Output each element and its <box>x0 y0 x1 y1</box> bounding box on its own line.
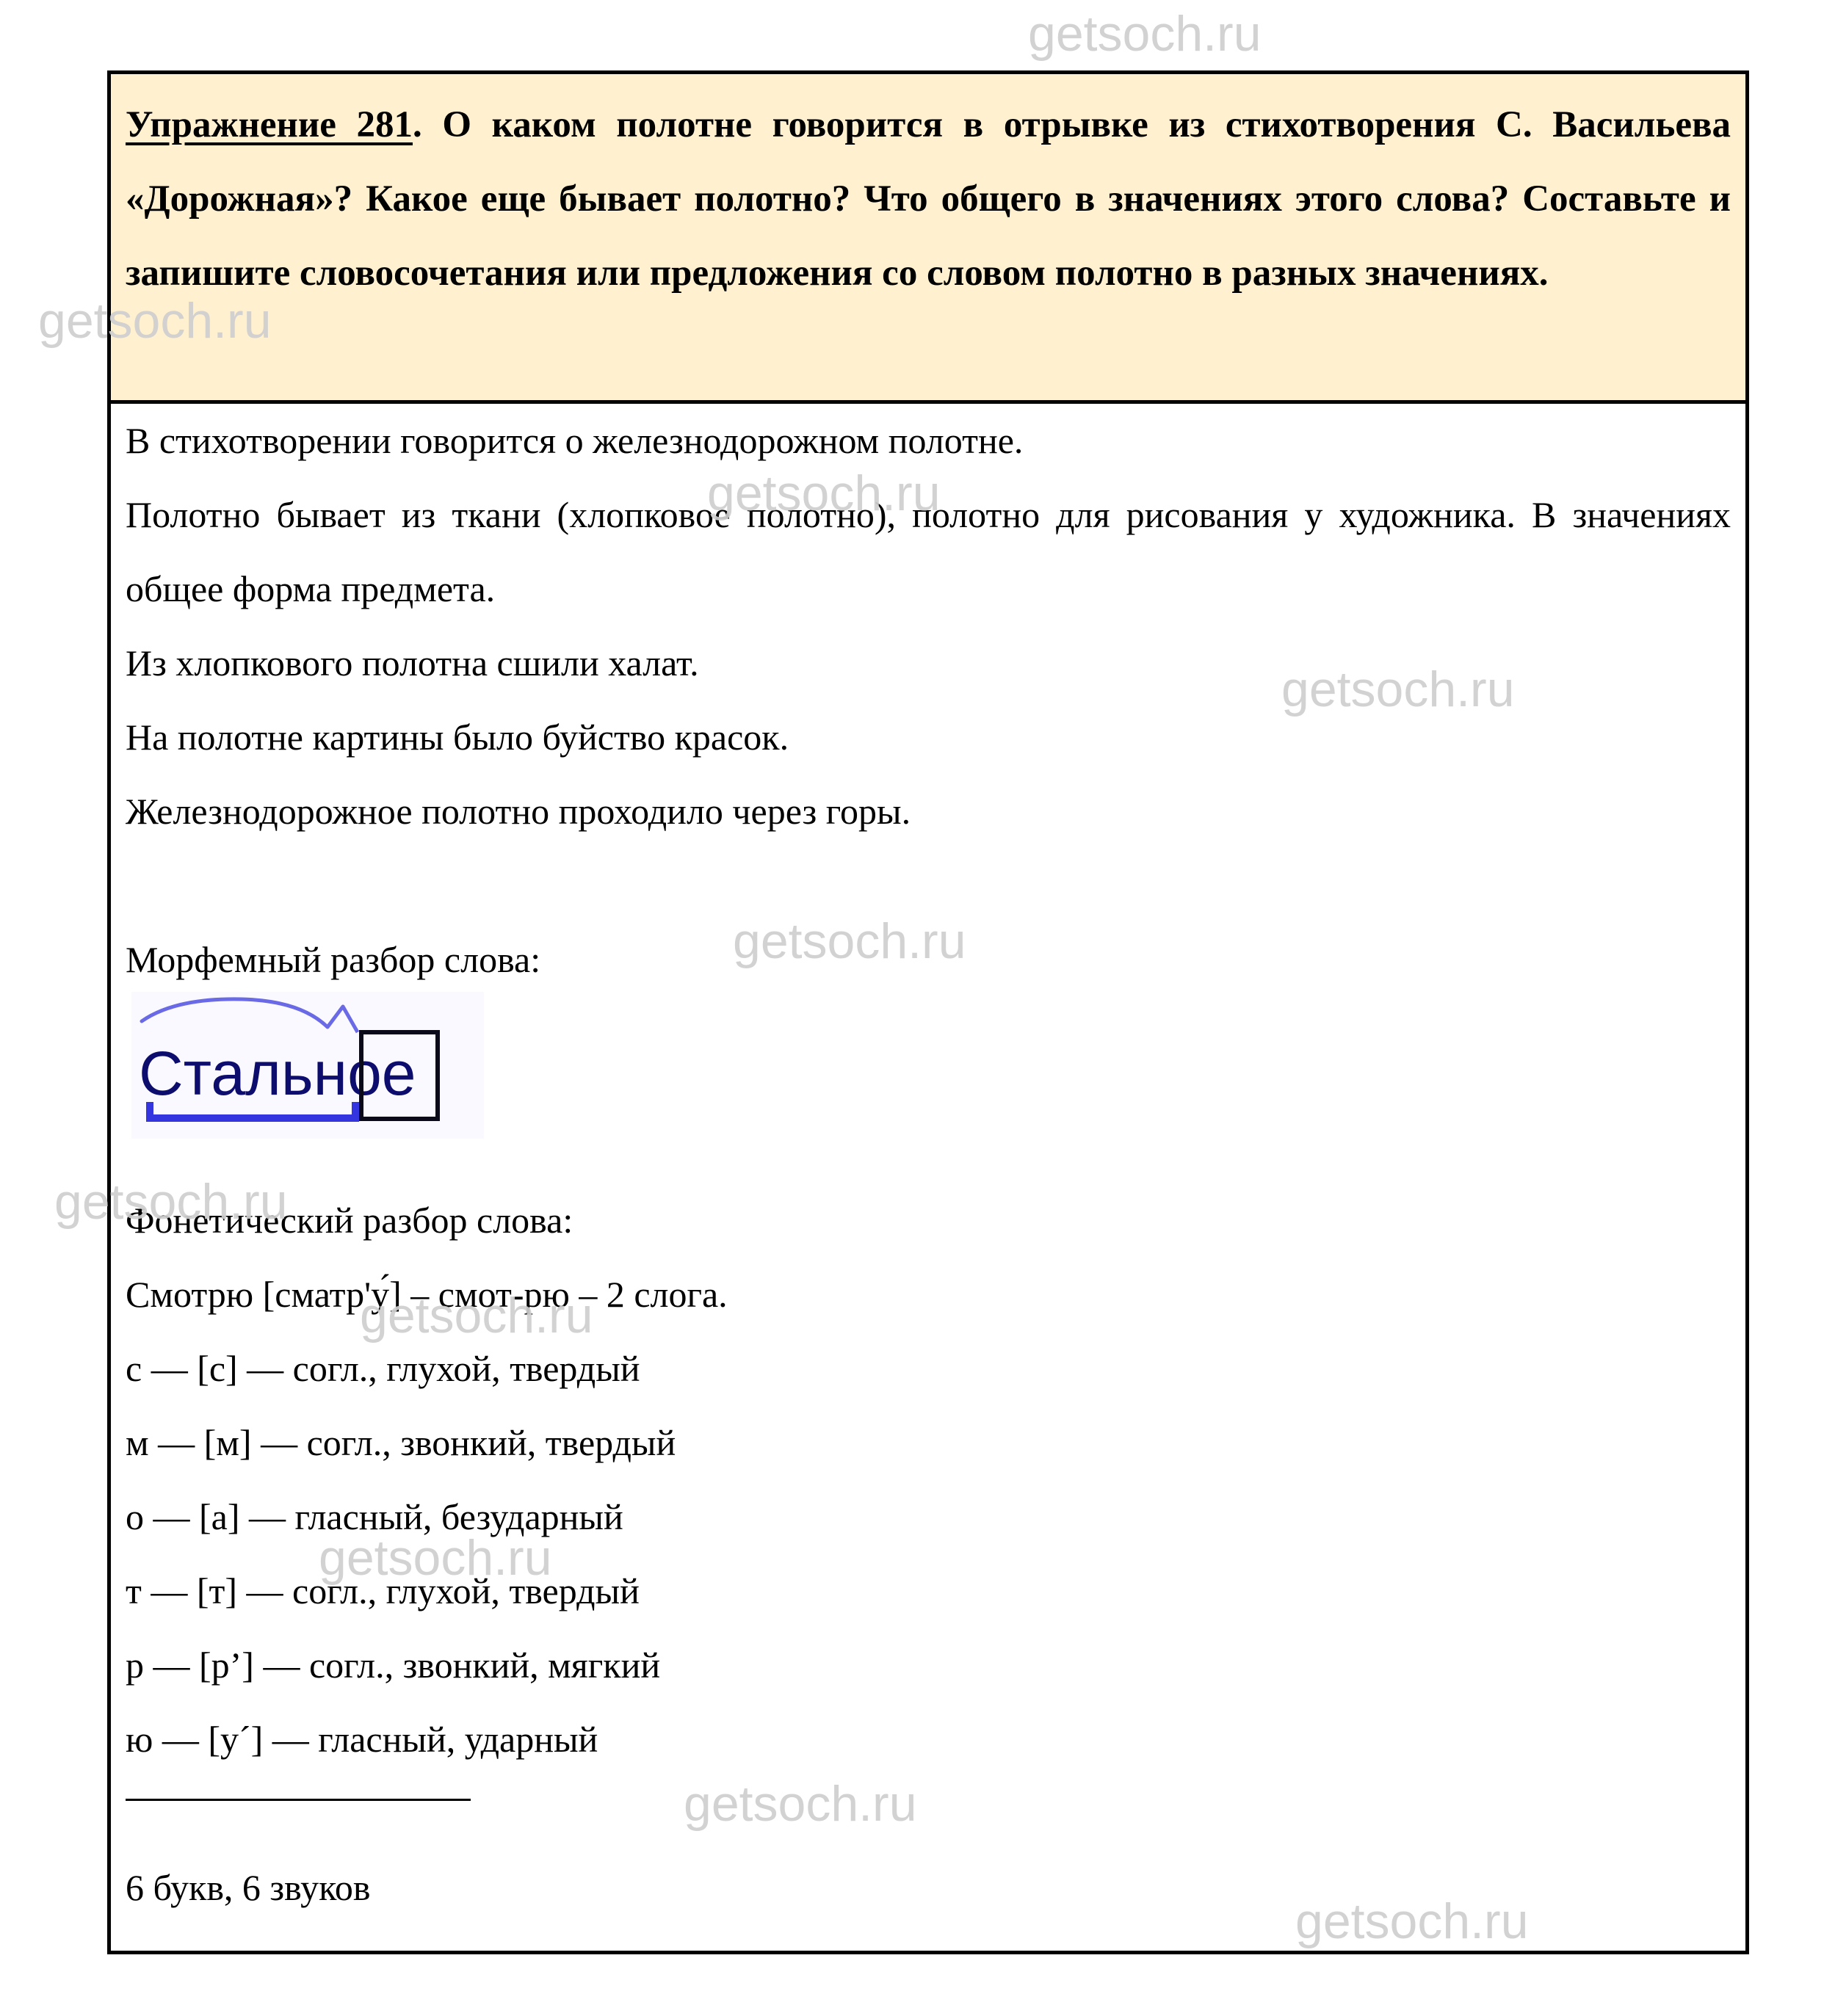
phonetic-label: Фонетический разбор слова: <box>126 1183 1731 1258</box>
phonetic-transcription: Смотрю [сматр'у́] – смот-рю – 2 слога. <box>126 1258 1731 1332</box>
phonetic-sound-row: м — [м] — согл., звонкий, твердый <box>126 1406 1731 1480</box>
phonetic-sound-row: о — [а] — гласный, безударный <box>126 1480 1731 1554</box>
root-arc-icon <box>142 999 327 1027</box>
letters-sounds-summary: 6 букв, 6 звуков <box>126 1851 1731 1925</box>
example-sentence: На полотне картины было буйство красок. <box>126 700 1731 775</box>
morpheme-diagram-wrap: Стальное <box>126 997 1731 1183</box>
divider-rule <box>126 1799 471 1801</box>
phonetic-sound-row: т — [т] — согл., глухой, твердый <box>126 1554 1731 1628</box>
answer-body: В стихотворении говорится о железнодорож… <box>126 404 1731 1925</box>
morpheme-label: Морфемный разбор слова: <box>126 923 1731 997</box>
morpheme-diagram: Стальное <box>131 992 484 1139</box>
exercise-header: Упражнение 281. О каком полотне говоритс… <box>111 74 1745 404</box>
exercise-card: Упражнение 281. О каком полотне говоритс… <box>107 70 1749 1954</box>
exercise-question: Упражнение 281. О каком полотне говоритс… <box>126 88 1731 311</box>
blank-line <box>126 849 1731 923</box>
phonetic-sound-row: ю — [у´] — гласный, ударный <box>126 1703 1731 1777</box>
example-sentence: Из хлопкового полотна сшили халат. <box>126 626 1731 700</box>
answer-paragraph: Полотно бывает из ткани (хлопковое полот… <box>126 478 1731 626</box>
suffix-caret-icon <box>327 1007 358 1032</box>
watermark: getsoch.ru <box>1028 9 1262 59</box>
exercise-title: Упражнение 281 <box>126 104 413 145</box>
phonetic-sound-row: с — [с] — согл., глухой, твердый <box>126 1332 1731 1406</box>
phonetic-sound-row: р — [р’] — согл., звонкий, мягкий <box>126 1628 1731 1703</box>
answer-line: В стихотворении говорится о железнодорож… <box>126 404 1731 478</box>
morpheme-word: Стальное <box>139 1039 416 1108</box>
morpheme-diagram-svg: Стальное <box>131 992 484 1139</box>
page: Упражнение 281. О каком полотне говоритс… <box>0 0 1824 2016</box>
example-sentence: Железнодорожное полотно проходило через … <box>126 775 1731 849</box>
